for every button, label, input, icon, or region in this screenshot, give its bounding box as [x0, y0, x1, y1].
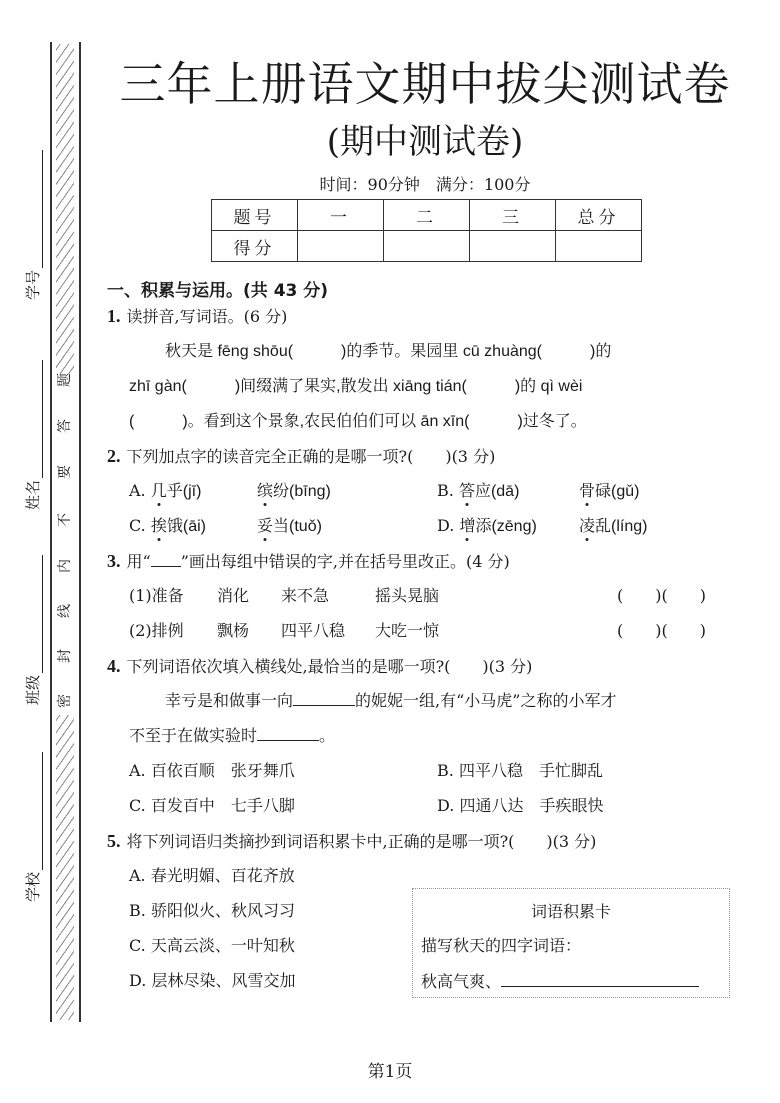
option-text: 层林尽染、风雪交加 — [151, 971, 295, 990]
card-line-text: 秋高气爽、 — [421, 972, 501, 991]
school-label: 学校 — [22, 872, 43, 902]
seal-char: 答 — [57, 418, 73, 434]
score-cell: 三 — [470, 200, 556, 231]
seal-char: 内 — [57, 558, 73, 574]
option-a[interactable]: A. 几乎(jī) — [129, 481, 201, 502]
card-line: 描写秋天的四字词语： — [421, 933, 581, 956]
option-b-word2: 骨碌(gǔ) — [579, 481, 639, 502]
score-cell: 总分 — [556, 200, 642, 231]
option-word: 当(tuǒ) — [273, 518, 322, 535]
score-cell: 题号 — [212, 200, 298, 231]
option-word: 饿(āi) — [167, 518, 206, 535]
question-1: 1.读拼音,写词语。(6 分) — [107, 306, 742, 341]
option-letter: B. — [437, 761, 454, 780]
q4-text: 不至于在做实验时 — [129, 726, 257, 745]
question-prompt: 下列词语依次填入横线处,最恰当的是哪一项?( )(3 分) — [127, 657, 533, 676]
section-heading: 一、积累与运用。(共 43 分) — [107, 276, 742, 306]
option-text: 春光明媚、百花齐放 — [151, 866, 295, 885]
option-text: 四通八达 手疾眼快 — [459, 796, 603, 815]
question-5: 5.将下列词语归类摘抄到词语积累卡中,正确的是哪一项?( )(3 分) — [107, 831, 742, 866]
dotted-char: 几 — [151, 481, 167, 500]
option-letter: D. — [437, 796, 454, 815]
class-blank[interactable] — [42, 555, 43, 673]
dotted-char: 缤 — [257, 481, 273, 500]
option-text: 百发百中 七手八脚 — [151, 796, 295, 815]
section-1: 一、积累与运用。(共 43 分) 1.读拼音,写词语。(6 分) 秋天是 fēn… — [107, 276, 742, 1006]
option-letter: A. — [129, 761, 146, 780]
question-3: 3.用“”画出每组中错误的字,并在括号里改正。(4 分) — [107, 551, 742, 586]
option-text: 天高云淡、一叶知秋 — [151, 936, 295, 955]
vocabulary-card: 词语积累卡 描写秋天的四字词语： 秋高气爽、 — [412, 888, 730, 998]
option-c-word2: 妥当(tuǒ) — [257, 516, 322, 537]
student-id-field[interactable]: 学号 — [22, 150, 43, 300]
question-number: 3. — [107, 551, 121, 571]
option-letter: C. — [129, 796, 146, 815]
score-input-cell[interactable] — [298, 231, 384, 262]
q4-options-row: C. 百发百中 七手八脚 D. 四通八达 手疾眼快 — [107, 796, 742, 831]
option-d[interactable]: D. 增添(zēng) — [437, 516, 537, 537]
q3-word: 大吃一惊 — [375, 621, 439, 641]
margin-hatch-bottom — [56, 715, 74, 1020]
q3-row: (2)排例 飘杨 四平八稳 大吃一惊 ( )( ) — [107, 621, 742, 656]
q3-answer-blanks[interactable]: ( )( ) — [617, 621, 706, 641]
exam-page: 三年上册语文期中拔尖测试卷 (期中测试卷) 时间：90分钟 满分：100分 题号… — [100, 0, 780, 1103]
q4-line: 幸亏是和做事一向的妮妮一组,有“小马虎”之称的小军才 — [107, 691, 742, 726]
option-word: 应(dā) — [475, 483, 519, 500]
score-input-cell[interactable] — [470, 231, 556, 262]
option-letter: D. — [129, 971, 146, 990]
question-prompt: 将下列词语归类摘抄到词语积累卡中,正确的是哪一项?( )(3 分) — [127, 832, 597, 851]
score-table-score-row: 得分 — [212, 231, 642, 262]
q2-options-row: A. 几乎(jī) 缤纷(bīng) B. 答应(dā) 骨碌(gǔ) — [107, 481, 742, 516]
school-field[interactable]: 学校 — [22, 752, 43, 902]
option-word: 碌(gǔ) — [595, 483, 639, 500]
option-letter: B. — [437, 481, 454, 500]
q1-line: ( )。看到这个景象,农民伯伯们可以 ān xīn( )过冬了。 — [107, 411, 742, 446]
class-label: 班级 — [22, 675, 43, 705]
question-prompt-pre: 用“ — [127, 552, 151, 571]
fill-blank[interactable] — [293, 692, 355, 706]
q3-word: 来不急 — [281, 586, 329, 606]
score-cell: 得分 — [212, 231, 298, 262]
exam-subtitle: (期中测试卷) — [100, 114, 750, 163]
option-letter: D. — [437, 516, 454, 535]
q3-word: (2)排例 — [129, 621, 184, 641]
name-field[interactable]: 姓名 — [22, 360, 43, 510]
dotted-char: 骨 — [579, 481, 595, 500]
q4-line: 不至于在做实验时。 — [107, 726, 742, 761]
question-prompt: 读拼音,写词语。(6 分) — [127, 307, 288, 326]
student-id-label: 学号 — [22, 270, 43, 300]
seal-char: 题 — [57, 372, 73, 388]
option-a[interactable]: A. 百依百顺 张牙舞爪 — [129, 761, 295, 781]
dotted-char: 凌 — [579, 516, 595, 535]
option-word: 添(zēng) — [475, 518, 536, 535]
name-blank[interactable] — [42, 360, 43, 478]
q1-line-text: 秋天是 fēng shōu( )的季节。果园里 cū zhuàng( )的 — [165, 343, 611, 360]
option-b[interactable]: B. 四平八稳 手忙脚乱 — [437, 761, 603, 781]
underline-sample — [151, 553, 181, 567]
score-table-header-row: 题号 一 二 三 总分 — [212, 200, 642, 231]
card-title: 词语积累卡 — [413, 899, 729, 922]
student-id-blank[interactable] — [42, 150, 43, 268]
q1-line: zhī gàn( )间缀满了果实,散发出 xiāng tián( )的 qì w… — [107, 376, 742, 411]
school-blank[interactable] — [42, 752, 43, 870]
option-text: 骄阳似火、秋风习习 — [151, 901, 295, 920]
margin-line-outer — [50, 42, 52, 1022]
option-letter: C. — [129, 516, 146, 535]
score-input-cell[interactable] — [556, 231, 642, 262]
seal-char: 要 — [57, 464, 73, 480]
option-d-word2: 凌乱(líng) — [579, 516, 647, 537]
score-cell: 二 — [384, 200, 470, 231]
q2-options-row: C. 挨饿(āi) 妥当(tuǒ) D. 增添(zēng) 凌乱(líng) — [107, 516, 742, 551]
dotted-char: 挨 — [151, 516, 167, 535]
q3-word: 四平八稳 — [281, 621, 345, 641]
q4-text: 幸亏是和做事一向 — [165, 691, 293, 710]
question-number: 4. — [107, 656, 121, 676]
option-text: 四平八稳 手忙脚乱 — [459, 761, 603, 780]
option-letter: A. — [129, 866, 146, 885]
question-number: 1. — [107, 306, 121, 326]
question-2: 2.下列加点字的读音完全正确的是哪一项?( )(3 分) — [107, 446, 742, 481]
option-c[interactable]: C. 百发百中 七手八脚 — [129, 796, 295, 816]
seal-char: 封 — [57, 648, 73, 664]
question-number: 2. — [107, 446, 121, 466]
exam-title: 三年上册语文期中拔尖测试卷 — [100, 48, 750, 114]
option-d[interactable]: D. 四通八达 手疾眼快 — [437, 796, 603, 816]
option-text: 百依百顺 张牙舞爪 — [151, 761, 295, 780]
option-b[interactable]: B. 答应(dā) — [437, 481, 519, 502]
q3-word: 摇头晃脑 — [375, 586, 439, 606]
q4-text: 的妮妮一组,有“小马虎”之称的小军才 — [355, 691, 616, 710]
fill-blank[interactable] — [257, 727, 319, 741]
q1-line: 秋天是 fēng shōu( )的季节。果园里 cū zhuàng( )的 — [107, 341, 742, 376]
page-number: 第1页 — [0, 1057, 780, 1082]
q3-word: (1)准备 — [129, 586, 184, 606]
card-line-2: 秋高气爽、 — [421, 969, 699, 992]
option-a-word2: 缤纷(bīng) — [257, 481, 331, 502]
option-word: 纷(bīng) — [273, 483, 331, 500]
q4-options-row: A. 百依百顺 张牙舞爪 B. 四平八稳 手忙脚乱 — [107, 761, 742, 796]
option-c[interactable]: C. 挨饿(āi) — [129, 516, 206, 537]
card-fill-blank[interactable] — [501, 973, 699, 987]
margin-line-inner — [79, 42, 81, 1022]
option-letter: A. — [129, 481, 146, 500]
class-field[interactable]: 班级 — [22, 555, 43, 705]
score-table: 题号 一 二 三 总分 得分 — [211, 199, 642, 262]
binding-margin: 题 答 要 不 内 线 封 密 学号 姓名 班级 学校 — [0, 0, 100, 1103]
q1-line-text: zhī gàn( )间缀满了果实,散发出 xiāng tián( )的 qì w… — [129, 378, 582, 395]
option-letter: B. — [129, 901, 146, 920]
dotted-char: 答 — [459, 481, 475, 500]
q3-word: 消化 — [217, 586, 249, 606]
seal-char: 不 — [57, 512, 73, 528]
question-prompt-post: ”画出每组中错误的字,并在括号里改正。(4 分) — [181, 552, 510, 571]
q3-answer-blanks[interactable]: ( )( ) — [617, 586, 706, 606]
question-number: 5. — [107, 831, 121, 851]
exam-meta: 时间：90分钟 满分：100分 — [100, 172, 750, 195]
option-word: 乱(líng) — [595, 518, 647, 535]
score-input-cell[interactable] — [384, 231, 470, 262]
option-letter: C. — [129, 936, 146, 955]
seal-char: 密 — [57, 693, 73, 709]
name-label: 姓名 — [22, 480, 43, 510]
seal-char: 线 — [57, 603, 73, 619]
dotted-char: 妥 — [257, 516, 273, 535]
q4-text: 。 — [319, 726, 335, 745]
margin-hatch-top — [56, 44, 74, 374]
dotted-char: 增 — [459, 516, 475, 535]
score-cell: 一 — [298, 200, 384, 231]
q1-line-text: ( )。看到这个景象,农民伯伯们可以 ān xīn( )过冬了。 — [129, 413, 587, 430]
q3-word: 飘杨 — [217, 621, 249, 641]
q3-row: (1)准备 消化 来不急 摇头晃脑 ( )( ) — [107, 586, 742, 621]
question-prompt: 下列加点字的读音完全正确的是哪一项?( )(3 分) — [127, 447, 496, 466]
option-word: 乎(jī) — [167, 483, 202, 500]
question-4: 4.下列词语依次填入横线处,最恰当的是哪一项?( )(3 分) — [107, 656, 742, 691]
